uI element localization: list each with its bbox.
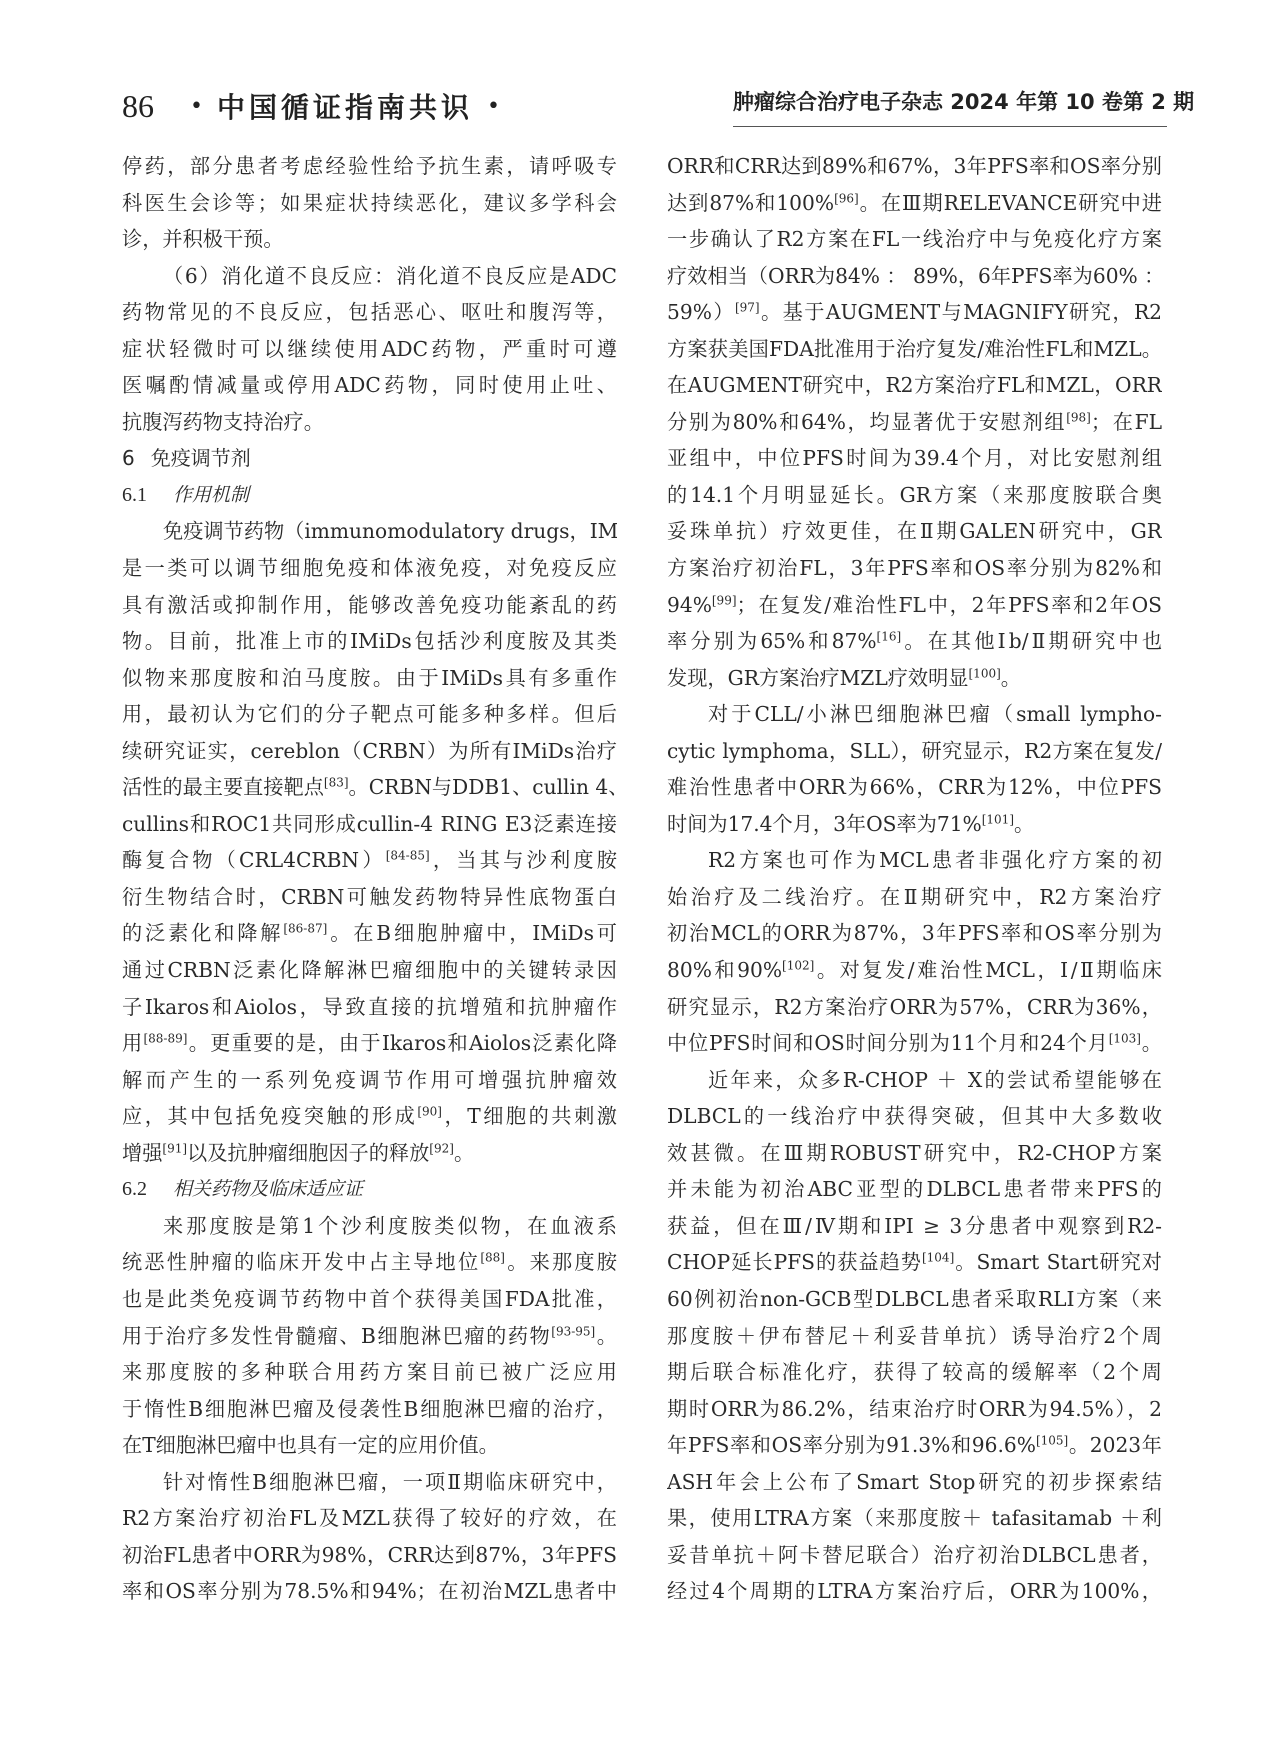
text-line: 发现，GR方案治疗MZL疗效明显[100]。 [667, 660, 1162, 697]
text-line: 94%[99]；在复发/难治性FL中，2年PFS率和2年OS [667, 587, 1162, 624]
page-number: 86 [122, 90, 154, 122]
text-line: 症状轻微时可以继续使用ADC药物，严重时可遵 [122, 331, 617, 368]
text-line: 活性的最主要直接靶点[83]。CRBN与DDB1、cullin 4、 [122, 769, 617, 806]
subsection-title: 作用机制 [173, 484, 249, 506]
text-segment: DLBCL的一线治疗中获得突破，但其中大多数收 [667, 1104, 1162, 1128]
text-segment: ；在FL [1091, 410, 1162, 434]
text-line: 始治疗及二线治疗。在Ⅱ期研究中，R2方案治疗 [667, 879, 1162, 916]
text-segment: 续研究证实，cereblon（CRBN）为所有IMiDs治疗 [122, 739, 617, 763]
text-segment: 抗腹泻药物支持治疗。 [122, 410, 324, 434]
text-segment: 妥昔单抗＋阿卡替尼联合）治疗初治DLBCL患者， [667, 1543, 1162, 1567]
text-line: 科医生会诊等；如果症状持续恶化，建议多学科会 [122, 185, 617, 222]
text-line: 一步确认了R2方案在FL一线治疗中与免疫化疗方案 [667, 221, 1162, 258]
bullet-icon: • [190, 94, 203, 119]
text-segment: 分别为80%和64%，均显著优于安慰剂组 [667, 410, 1066, 434]
text-line: 期时ORR为86.2%，结束治疗时ORR为94.5%），2 [667, 1391, 1162, 1428]
text-segment: 果，使用LTRA方案（来那度胺＋ tafasitamab ＋利 [667, 1506, 1162, 1530]
text-line: 研究显示，R2方案治疗ORR为57%，CRR为36%， [667, 989, 1162, 1026]
text-segment: 。在Ⅲ期RELEVANCE研究中进 [859, 191, 1162, 215]
text-segment: 。Smart Start研究对 [954, 1250, 1162, 1274]
text-line: 在T细胞淋巴瘤中也具有一定的应用价值。 [122, 1427, 617, 1464]
text-line: 并未能为初治ABC亚型的DLBCL患者带来PFS的 [667, 1171, 1162, 1208]
subsection-number: 6.2 [122, 1178, 147, 1200]
text-segment: cullins和ROC1共同形成cullin-4 RING E3泛素连接 [122, 812, 617, 836]
text-segment: 也是此类免疫调节药物中首个获得美国FDA批准， [122, 1287, 617, 1311]
text-line: 难治性患者中ORR为66%，CRR为12%，中位PFS [667, 769, 1162, 806]
text-segment: 统恶性肿瘤的临床开发中占主导地位 [122, 1250, 480, 1274]
text-segment: 具有激活或抑制作用，能够改善免疫功能紊乱的药 [122, 593, 617, 617]
text-segment: 中位PFS时间和OS时间分别为11个月和24个月 [667, 1031, 1109, 1055]
text-segment: 。 [1001, 666, 1021, 690]
text-line: R2方案治疗初治FL及MZL获得了较好的疗效，在 [122, 1500, 617, 1537]
text-segment: 达到87%和100% [667, 191, 834, 215]
text-segment: 。 [1014, 812, 1034, 836]
citation-ref: [83] [324, 776, 349, 790]
text-line: 妥昔单抗＋阿卡替尼联合）治疗初治DLBCL患者， [667, 1537, 1162, 1574]
text-line: 在AUGMENT研究中，R2方案治疗FL和MZL，ORR [667, 367, 1162, 404]
citation-ref: [96] [834, 191, 859, 205]
text-line: 诊，并积极干预。 [122, 221, 617, 258]
text-segment: R2方案治疗初治FL及MZL获得了较好的疗效，在 [122, 1506, 617, 1530]
text-segment: R2方案也可作为MCL患者非强化疗方案的初 [708, 848, 1162, 872]
citation-ref: [92] [429, 1141, 454, 1155]
text-segment: ASH年会上公布了Smart Stop研究的初步探索结 [667, 1470, 1162, 1494]
text-segment: 活性的最主要直接靶点 [122, 775, 324, 799]
text-segment: 80%和90% [667, 958, 782, 982]
text-segment: 疗效相当（ORR为84% ： 89%，6年PFS率为60% ： [667, 264, 1162, 288]
text-line: 应，其中包括免疫突触的形成[90]，T细胞的共刺激 [122, 1098, 617, 1135]
running-title: 中国循证指南共识 [217, 86, 473, 126]
text-line: 衍生物结合时，CRBN可触发药物特异性底物蛋白 [122, 879, 617, 916]
text-segment: 应，其中包括免疫突触的形成 [122, 1104, 417, 1128]
text-segment: 。 [595, 1324, 617, 1348]
citation-ref: [97] [735, 300, 760, 314]
text-segment: 对于CLL/小淋巴细胞淋巴瘤（small lympho- [708, 702, 1162, 726]
text-segment: 难治性患者中ORR为66%，CRR为12%，中位PFS [667, 775, 1162, 799]
section-title: 免疫调节剂 [151, 446, 251, 470]
text-line: 对于CLL/小淋巴细胞淋巴瘤（small lympho- [667, 696, 1162, 733]
section-number: 6 [122, 446, 135, 470]
bullet-icon: • [487, 94, 500, 119]
text-line: 针对惰性B细胞淋巴瘤，一项Ⅱ期临床研究中， [122, 1464, 617, 1501]
left-column: 停药，部分患者考虑经验性给予抗生素，请呼吸专科医生会诊等；如果症状持续恶化，建议… [122, 148, 617, 1610]
citation-ref: [93-95] [551, 1324, 595, 1338]
text-line: 80%和90%[102]。对复发/难治性MCL，Ⅰ/Ⅱ期临床 [667, 952, 1162, 989]
text-line: 经过4个周期的LTRA方案治疗后，ORR为100%， [667, 1573, 1162, 1610]
citation-ref: [100] [969, 666, 1001, 680]
right-column: ORR和CRR达到89%和67%，3年PFS率和OS率分别达到87%和100%[… [667, 148, 1162, 1610]
citation-ref: [99] [712, 593, 737, 607]
text-line: 是一类可以调节细胞免疫和体液免疫，对免疫反应 [122, 550, 617, 587]
text-segment: 率分别为65%和87% [667, 629, 877, 653]
text-segment: 方案获美国FDA批准用于治疗复发/难治性FL和MZL。 [667, 337, 1162, 361]
text-segment: 。 [454, 1141, 474, 1165]
text-segment: 初治MCL的ORR为87%，3年PFS率和OS率分别为 [667, 921, 1162, 945]
section-heading: 6免疫调节剂 [122, 440, 617, 477]
text-line: 中位PFS时间和OS时间分别为11个月和24个月[103]。 [667, 1025, 1162, 1062]
text-segment: 的14.1个月明显延长。GR方案（来那度胺联合奥 [667, 483, 1162, 507]
citation-ref: [102] [782, 958, 814, 972]
citation-ref: [98] [1066, 410, 1091, 424]
text-line: （6）消化道不良反应：消化道不良反应是ADC [122, 258, 617, 295]
text-line: ASH年会上公布了Smart Stop研究的初步探索结 [667, 1464, 1162, 1501]
citation-ref: [104] [922, 1251, 954, 1265]
text-line: 统恶性肿瘤的临床开发中占主导地位[88]。来那度胺 [122, 1244, 617, 1281]
text-line: 疗效相当（ORR为84% ： 89%，6年PFS率为60% ： [667, 258, 1162, 295]
text-line: ORR和CRR达到89%和67%，3年PFS率和OS率分别 [667, 148, 1162, 185]
text-line: 近年来，众多R-CHOP ＋ X的尝试希望能够在 [667, 1062, 1162, 1099]
text-segment: 似物来那度胺和泊马度胺。由于IMiDs具有多重作 [122, 666, 617, 690]
text-segment: 获益，但在Ⅲ/Ⅳ期和IPI ≥ 3分患者中观察到R2- [667, 1214, 1162, 1238]
citation-ref: [86-87] [283, 922, 327, 936]
text-line: 初治FL患者中ORR为98%，CRR达到87%，3年PFS [122, 1537, 617, 1574]
text-segment: 以及抗肿瘤细胞因子的释放 [187, 1141, 429, 1165]
text-segment: 通过CRBN泛素化降解淋巴瘤细胞中的关键转录因 [122, 958, 617, 982]
text-segment: 初治FL患者中ORR为98%，CRR达到87%，3年PFS [122, 1543, 617, 1567]
text-line: 获益，但在Ⅲ/Ⅳ期和IPI ≥ 3分患者中观察到R2- [667, 1208, 1162, 1245]
text-segment: ORR和CRR达到89%和67%，3年PFS率和OS率分别 [667, 154, 1162, 178]
citation-ref: [88-89] [143, 1031, 187, 1045]
text-line: 59%）[97]。基于AUGMENT与MAGNIFY研究，R2 [667, 294, 1162, 331]
citation-ref: [105] [1036, 1433, 1068, 1447]
text-line: 解而产生的一系列免疫调节作用可增强抗肿瘤效 [122, 1062, 617, 1099]
text-line: 通过CRBN泛素化降解淋巴瘤细胞中的关键转录因 [122, 952, 617, 989]
text-segment: 率和OS率分别为78.5%和94%；在初治MZL患者中 [122, 1579, 617, 1603]
text-line: 也是此类免疫调节药物中首个获得美国FDA批准， [122, 1281, 617, 1318]
text-segment: 效甚微。在Ⅲ期ROBUST研究中，R2-CHOP方案 [667, 1141, 1162, 1165]
text-line: 妥珠单抗）疗效更佳，在Ⅱ期GALEN研究中，GR [667, 513, 1162, 550]
text-line: 亚组中，中位PFS时间为39.4个月，对比安慰剂组 [667, 440, 1162, 477]
text-line: 用，最初认为它们的分子靶点可能多种多样。但后 [122, 696, 617, 733]
text-segment: 94% [667, 593, 712, 617]
text-segment: 60例初治non-GCB型DLBCL患者采取RLI方案（来 [667, 1287, 1162, 1311]
text-line: 率分别为65%和87%[16]。在其他Ⅰb/Ⅱ期研究中也 [667, 623, 1162, 660]
text-line: R2方案也可作为MCL患者非强化疗方案的初 [667, 842, 1162, 879]
text-line: 达到87%和100%[96]。在Ⅲ期RELEVANCE研究中进 [667, 185, 1162, 222]
citation-ref: [88] [480, 1251, 505, 1265]
text-segment: 。基于AUGMENT与MAGNIFY研究，R2 [760, 300, 1162, 324]
text-segment: 科医生会诊等；如果症状持续恶化，建议多学科会 [122, 191, 617, 215]
text-segment: 。 [1141, 1031, 1162, 1055]
subsection-number: 6.1 [122, 484, 147, 506]
text-segment: 年PFS率和OS率分别为91.3%和96.6% [667, 1433, 1036, 1457]
text-segment: ，T细胞的共刺激 [442, 1104, 617, 1128]
text-segment: 。来那度胺 [505, 1250, 617, 1274]
text-segment: 来那度胺是第1个沙利度胺类似物，在血液系 [163, 1214, 617, 1238]
text-line: 用[88-89]。更重要的是，由于Ikaros和Aiolos泛素化降 [122, 1025, 617, 1062]
text-line: 果，使用LTRA方案（来那度胺＋ tafasitamab ＋利 [667, 1500, 1162, 1537]
journal-header: 肿瘤综合治疗电子杂志 2024 年第 10 卷第 2 期 [733, 86, 1167, 127]
text-line: 药物常见的不良反应，包括恶心、呕吐和腹泻等， [122, 294, 617, 331]
text-line: CHOP延长PFS的获益趋势[104]。Smart Start研究对 [667, 1244, 1162, 1281]
text-segment: 在T细胞淋巴瘤中也具有一定的应用价值。 [122, 1433, 499, 1457]
text-segment: 用于治疗多发性骨髓瘤、B细胞淋巴瘤的药物 [122, 1324, 551, 1348]
citation-ref: [91] [162, 1141, 187, 1155]
text-segment: 免疫调节药物（immunomodulatory drugs，IMiDs） [163, 519, 617, 543]
text-line: 方案获美国FDA批准用于治疗复发/难治性FL和MZL。 [667, 331, 1162, 368]
text-segment: 针对惰性B细胞淋巴瘤，一项Ⅱ期临床研究中， [163, 1470, 617, 1494]
text-segment: 亚组中，中位PFS时间为39.4个月，对比安慰剂组 [667, 446, 1162, 470]
subsection-heading: 6.2相关药物及临床适应证 [122, 1171, 617, 1208]
text-line: 效甚微。在Ⅲ期ROBUST研究中，R2-CHOP方案 [667, 1135, 1162, 1172]
text-line: 来那度胺的多种联合用药方案目前已被广泛应用 [122, 1354, 617, 1391]
text-segment: ，当其与沙利度胺 [430, 848, 617, 872]
text-segment: 解而产生的一系列免疫调节作用可增强抗肿瘤效 [122, 1068, 617, 1092]
text-line: 那度胺＋伊布替尼＋利妥昔单抗）诱导治疗2个周 [667, 1318, 1162, 1355]
text-line: 初治MCL的ORR为87%，3年PFS率和OS率分别为 [667, 915, 1162, 952]
text-segment: 用，最初认为它们的分子靶点可能多种多样。但后 [122, 702, 617, 726]
text-segment: 症状轻微时可以继续使用ADC药物，严重时可遵 [122, 337, 617, 361]
text-segment: 来那度胺的多种联合用药方案目前已被广泛应用 [122, 1360, 617, 1384]
text-segment: 于惰性B细胞淋巴瘤及侵袭性B细胞淋巴瘤的治疗， [122, 1397, 617, 1421]
text-line: 于惰性B细胞淋巴瘤及侵袭性B细胞淋巴瘤的治疗， [122, 1391, 617, 1428]
page-header-left: 86 • 中国循证指南共识 • [122, 84, 514, 128]
journal-page: 86 • 中国循证指南共识 • 肿瘤综合治疗电子杂志 2024 年第 10 卷第… [0, 0, 1280, 1737]
text-line: 似物来那度胺和泊马度胺。由于IMiDs具有多重作 [122, 660, 617, 697]
text-segment: 期后联合标准化疗，获得了较高的缓解率（2个周 [667, 1360, 1162, 1384]
text-segment: CHOP延长PFS的获益趋势 [667, 1250, 922, 1274]
text-line: 具有激活或抑制作用，能够改善免疫功能紊乱的药 [122, 587, 617, 624]
text-segment: 的泛素化和降解 [122, 921, 283, 945]
text-line: 续研究证实，cereblon（CRBN）为所有IMiDs治疗 [122, 733, 617, 770]
text-line: 用于治疗多发性骨髓瘤、B细胞淋巴瘤的药物[93-95]。 [122, 1318, 617, 1355]
text-line: 的14.1个月明显延长。GR方案（来那度胺联合奥 [667, 477, 1162, 514]
text-segment: 。对复发/难治性MCL，Ⅰ/Ⅱ期临床 [814, 958, 1162, 982]
text-segment: 药物常见的不良反应，包括恶心、呕吐和腹泻等， [122, 300, 617, 324]
text-segment: 。2023年 [1068, 1433, 1162, 1457]
text-segment: 期时ORR为86.2%，结束治疗时ORR为94.5%），2 [667, 1397, 1162, 1421]
citation-ref: [101] [982, 812, 1014, 826]
text-segment: 始治疗及二线治疗。在Ⅱ期研究中，R2方案治疗 [667, 885, 1162, 909]
text-line: 的泛素化和降解[86-87]。在B细胞肿瘤中，IMiDs可 [122, 915, 617, 952]
text-line: 60例初治non-GCB型DLBCL患者采取RLI方案（来 [667, 1281, 1162, 1318]
text-segment: 近年来，众多R-CHOP ＋ X的尝试希望能够在 [708, 1068, 1162, 1092]
text-line: 增强[91]以及抗肿瘤细胞因子的释放[92]。 [122, 1135, 617, 1172]
subsection-title: 相关药物及临床适应证 [173, 1178, 363, 1200]
text-segment: 诊，并积极干预。 [122, 227, 284, 251]
text-segment: 增强 [122, 1141, 162, 1165]
text-segment: 。CRBN与DDB1、cullin 4、 [349, 775, 617, 799]
text-line: cytic lymphoma，SLL），研究显示，R2方案在复发/ [667, 733, 1162, 770]
text-line: 子Ikaros和Aiolos，导致直接的抗增殖和抗肿瘤作 [122, 989, 617, 1026]
text-segment: 衍生物结合时，CRBN可触发药物特异性底物蛋白 [122, 885, 617, 909]
text-segment: 物。目前，批准上市的IMiDs包括沙利度胺及其类 [122, 629, 617, 653]
text-segment: 经过4个周期的LTRA方案治疗后，ORR为100%， [667, 1579, 1162, 1603]
text-segment: 59%） [667, 300, 735, 324]
text-segment: 。在其他Ⅰb/Ⅱ期研究中也 [901, 629, 1162, 653]
text-line: 方案治疗初治FL，3年PFS率和OS率分别为82%和 [667, 550, 1162, 587]
text-line: 抗腹泻药物支持治疗。 [122, 404, 617, 441]
text-line: 停药，部分患者考虑经验性给予抗生素，请呼吸专 [122, 148, 617, 185]
text-segment: 医嘱酌情减量或停用ADC药物，同时使用止吐、 [122, 373, 617, 397]
text-segment: 那度胺＋伊布替尼＋利妥昔单抗）诱导治疗2个周 [667, 1324, 1162, 1348]
text-segment: 。更重要的是，由于Ikaros和Aiolos泛素化降 [187, 1031, 617, 1055]
text-line: 分别为80%和64%，均显著优于安慰剂组[98]；在FL [667, 404, 1162, 441]
text-segment: 是一类可以调节细胞免疫和体液免疫，对免疫反应 [122, 556, 617, 580]
text-segment: 酶复合物（CRL4CRBN） [122, 848, 386, 872]
text-segment: 一步确认了R2方案在FL一线治疗中与免疫化疗方案 [667, 227, 1162, 251]
text-segment: ；在复发/难治性FL中，2年PFS率和2年OS [737, 593, 1162, 617]
text-segment: 停药，部分患者考虑经验性给予抗生素，请呼吸专 [122, 154, 617, 178]
text-segment: 。在B细胞肿瘤中，IMiDs可 [327, 921, 617, 945]
text-segment: 在AUGMENT研究中，R2方案治疗FL和MZL，ORR [667, 373, 1162, 397]
text-line: 免疫调节药物（immunomodulatory drugs，IMiDs） [122, 513, 617, 550]
text-line: 医嘱酌情减量或停用ADC药物，同时使用止吐、 [122, 367, 617, 404]
text-line: cullins和ROC1共同形成cullin-4 RING E3泛素连接 [122, 806, 617, 843]
text-segment: 妥珠单抗）疗效更佳，在Ⅱ期GALEN研究中，GR [667, 519, 1162, 543]
citation-ref: [103] [1109, 1031, 1141, 1045]
subsection-heading: 6.1作用机制 [122, 477, 617, 514]
text-line: 期后联合标准化疗，获得了较高的缓解率（2个周 [667, 1354, 1162, 1391]
text-line: 物。目前，批准上市的IMiDs包括沙利度胺及其类 [122, 623, 617, 660]
text-segment: 研究显示，R2方案治疗ORR为57%，CRR为36%， [667, 995, 1162, 1019]
text-segment: 并未能为初治ABC亚型的DLBCL患者带来PFS的 [667, 1177, 1162, 1201]
text-line: 来那度胺是第1个沙利度胺类似物，在血液系 [122, 1208, 617, 1245]
text-segment: 用 [122, 1031, 143, 1055]
text-line: 酶复合物（CRL4CRBN）[84-85]，当其与沙利度胺 [122, 842, 617, 879]
text-segment: 子Ikaros和Aiolos，导致直接的抗增殖和抗肿瘤作 [122, 995, 617, 1019]
citation-ref: [84-85] [386, 849, 430, 863]
text-segment: （6）消化道不良反应：消化道不良反应是ADC [163, 264, 617, 288]
text-line: 年PFS率和OS率分别为91.3%和96.6%[105]。2023年 [667, 1427, 1162, 1464]
text-line: 率和OS率分别为78.5%和94%；在初治MZL患者中 [122, 1573, 617, 1610]
text-line: 时间为17.4个月，3年OS率为71%[101]。 [667, 806, 1162, 843]
text-segment: cytic lymphoma，SLL），研究显示，R2方案在复发/ [667, 739, 1162, 763]
citation-ref: [90] [417, 1104, 442, 1118]
text-segment: 发现，GR方案治疗MZL疗效明显 [667, 666, 969, 690]
citation-ref: [16] [877, 629, 902, 643]
text-segment: 方案治疗初治FL，3年PFS率和OS率分别为82%和 [667, 556, 1162, 580]
text-line: DLBCL的一线治疗中获得突破，但其中大多数收 [667, 1098, 1162, 1135]
text-segment: 时间为17.4个月，3年OS率为71% [667, 812, 982, 836]
